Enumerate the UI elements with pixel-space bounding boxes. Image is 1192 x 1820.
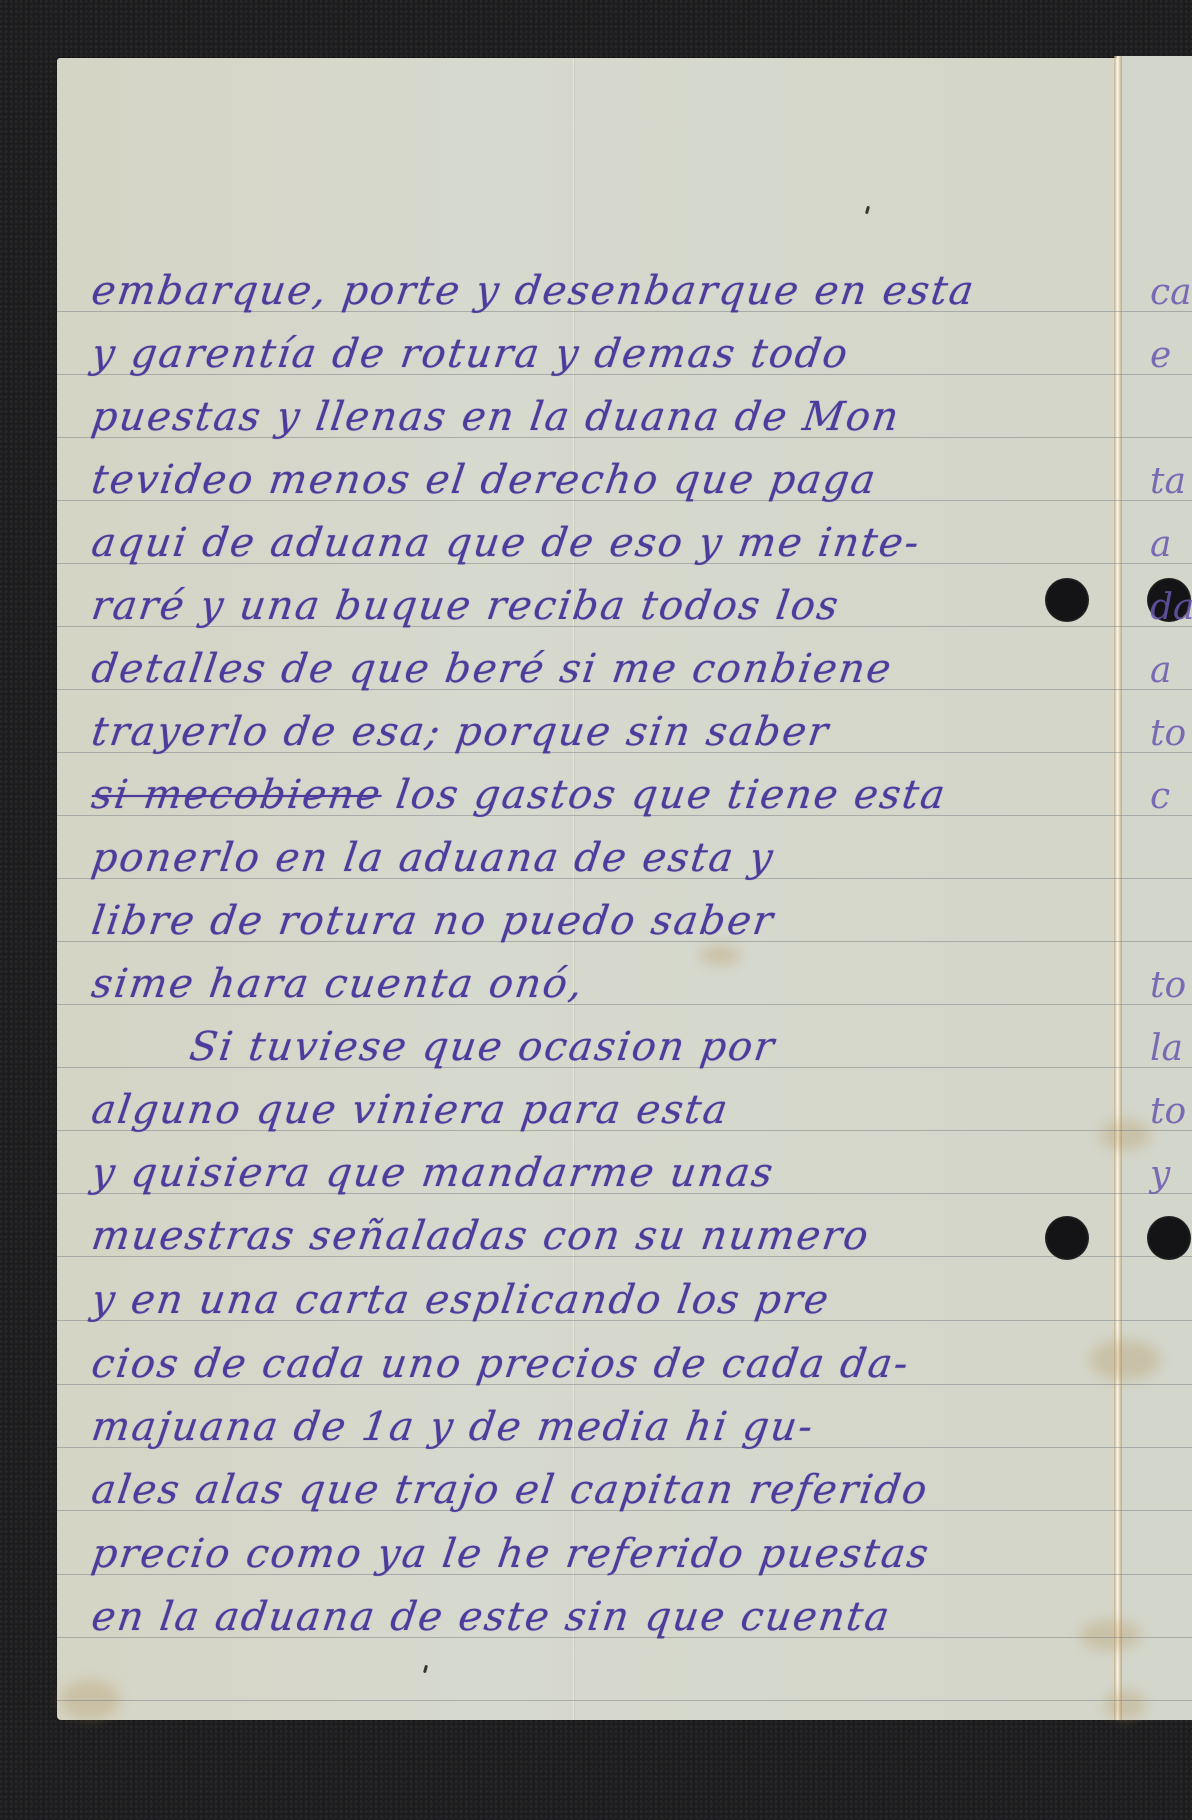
handwritten-line: embarque, porte y desenbarque en esta bbox=[89, 268, 979, 314]
handwritten-line: y en una carta esplicando los pre bbox=[89, 1277, 833, 1323]
line-rest: los gastos que tiene esta bbox=[378, 772, 949, 818]
handwritten-line: y garentía de rotura y demas todo bbox=[89, 331, 852, 377]
facing-page-fragment: ta bbox=[1150, 461, 1186, 502]
handwritten-line: y quisiera que mandarme unas bbox=[89, 1150, 778, 1196]
facing-page-fragment: y bbox=[1150, 1154, 1170, 1195]
handwritten-line: raré y una buque reciba todos los bbox=[89, 583, 843, 629]
age-stain bbox=[1105, 1690, 1145, 1720]
handwritten-line: puestas y llenas en la duana de Mon bbox=[89, 394, 903, 440]
facing-page-fragment: ca bbox=[1150, 272, 1192, 313]
age-stain bbox=[1080, 1620, 1140, 1650]
handwritten-line: libre de rotura no puedo saber bbox=[89, 898, 778, 944]
punch-hole bbox=[1045, 1216, 1089, 1260]
age-stain bbox=[700, 945, 740, 965]
facing-page-fragment: da bbox=[1150, 587, 1192, 628]
punch-hole bbox=[1045, 578, 1089, 622]
handwritten-line: detalles de que beré si me conbiene bbox=[89, 646, 896, 692]
handwritten-line: aqui de aduana que de eso y me inte- bbox=[89, 520, 924, 566]
handwritten-line: ponerlo en la aduana de esta y bbox=[89, 835, 778, 881]
binding-fold bbox=[1114, 56, 1122, 1720]
facing-page-fragment: to bbox=[1150, 965, 1186, 1006]
struck-text: si mecobiene bbox=[89, 772, 385, 818]
handwritten-line: muestras señaladas con su numero bbox=[89, 1213, 873, 1259]
handwritten-line: tevideo menos el derecho que paga bbox=[89, 457, 880, 503]
facing-page-fragment: a bbox=[1150, 650, 1171, 691]
handwritten-line: sime hara cuenta onó, bbox=[89, 961, 587, 1007]
ruled-line bbox=[57, 1700, 1192, 1701]
handwritten-line: majuana de 1a y de media hi gu- bbox=[89, 1404, 818, 1450]
facing-page-fragment: c bbox=[1150, 776, 1170, 817]
facing-page-fragment: to bbox=[1150, 713, 1186, 754]
facing-page-fragment: la bbox=[1150, 1028, 1183, 1069]
punch-hole bbox=[1147, 1216, 1191, 1260]
facing-page-fragment: a bbox=[1150, 524, 1171, 565]
handwritten-line: en la aduana de este sin que cuenta bbox=[89, 1594, 894, 1640]
handwritten-line: alguno que viniera para esta bbox=[89, 1087, 732, 1133]
handwritten-line-with-strikethrough: si mecobiene los gastos que tiene esta bbox=[89, 772, 950, 818]
facing-page-fragment: to bbox=[1150, 1091, 1186, 1132]
facing-page-fragment: e bbox=[1150, 335, 1171, 376]
paragraph-start-line: Si tuviese que ocasion por bbox=[187, 1024, 779, 1070]
age-stain bbox=[1090, 1340, 1160, 1380]
handwritten-line: precio como ya le he referido puestas bbox=[89, 1531, 933, 1577]
age-stain bbox=[1100, 1120, 1150, 1150]
handwritten-line: cios de cada uno precios de cada da- bbox=[89, 1341, 913, 1387]
handwritten-line: ales alas que trajo el capitan referido bbox=[89, 1467, 932, 1513]
handwritten-line: trayerlo de esa; porque sin saber bbox=[89, 709, 833, 755]
